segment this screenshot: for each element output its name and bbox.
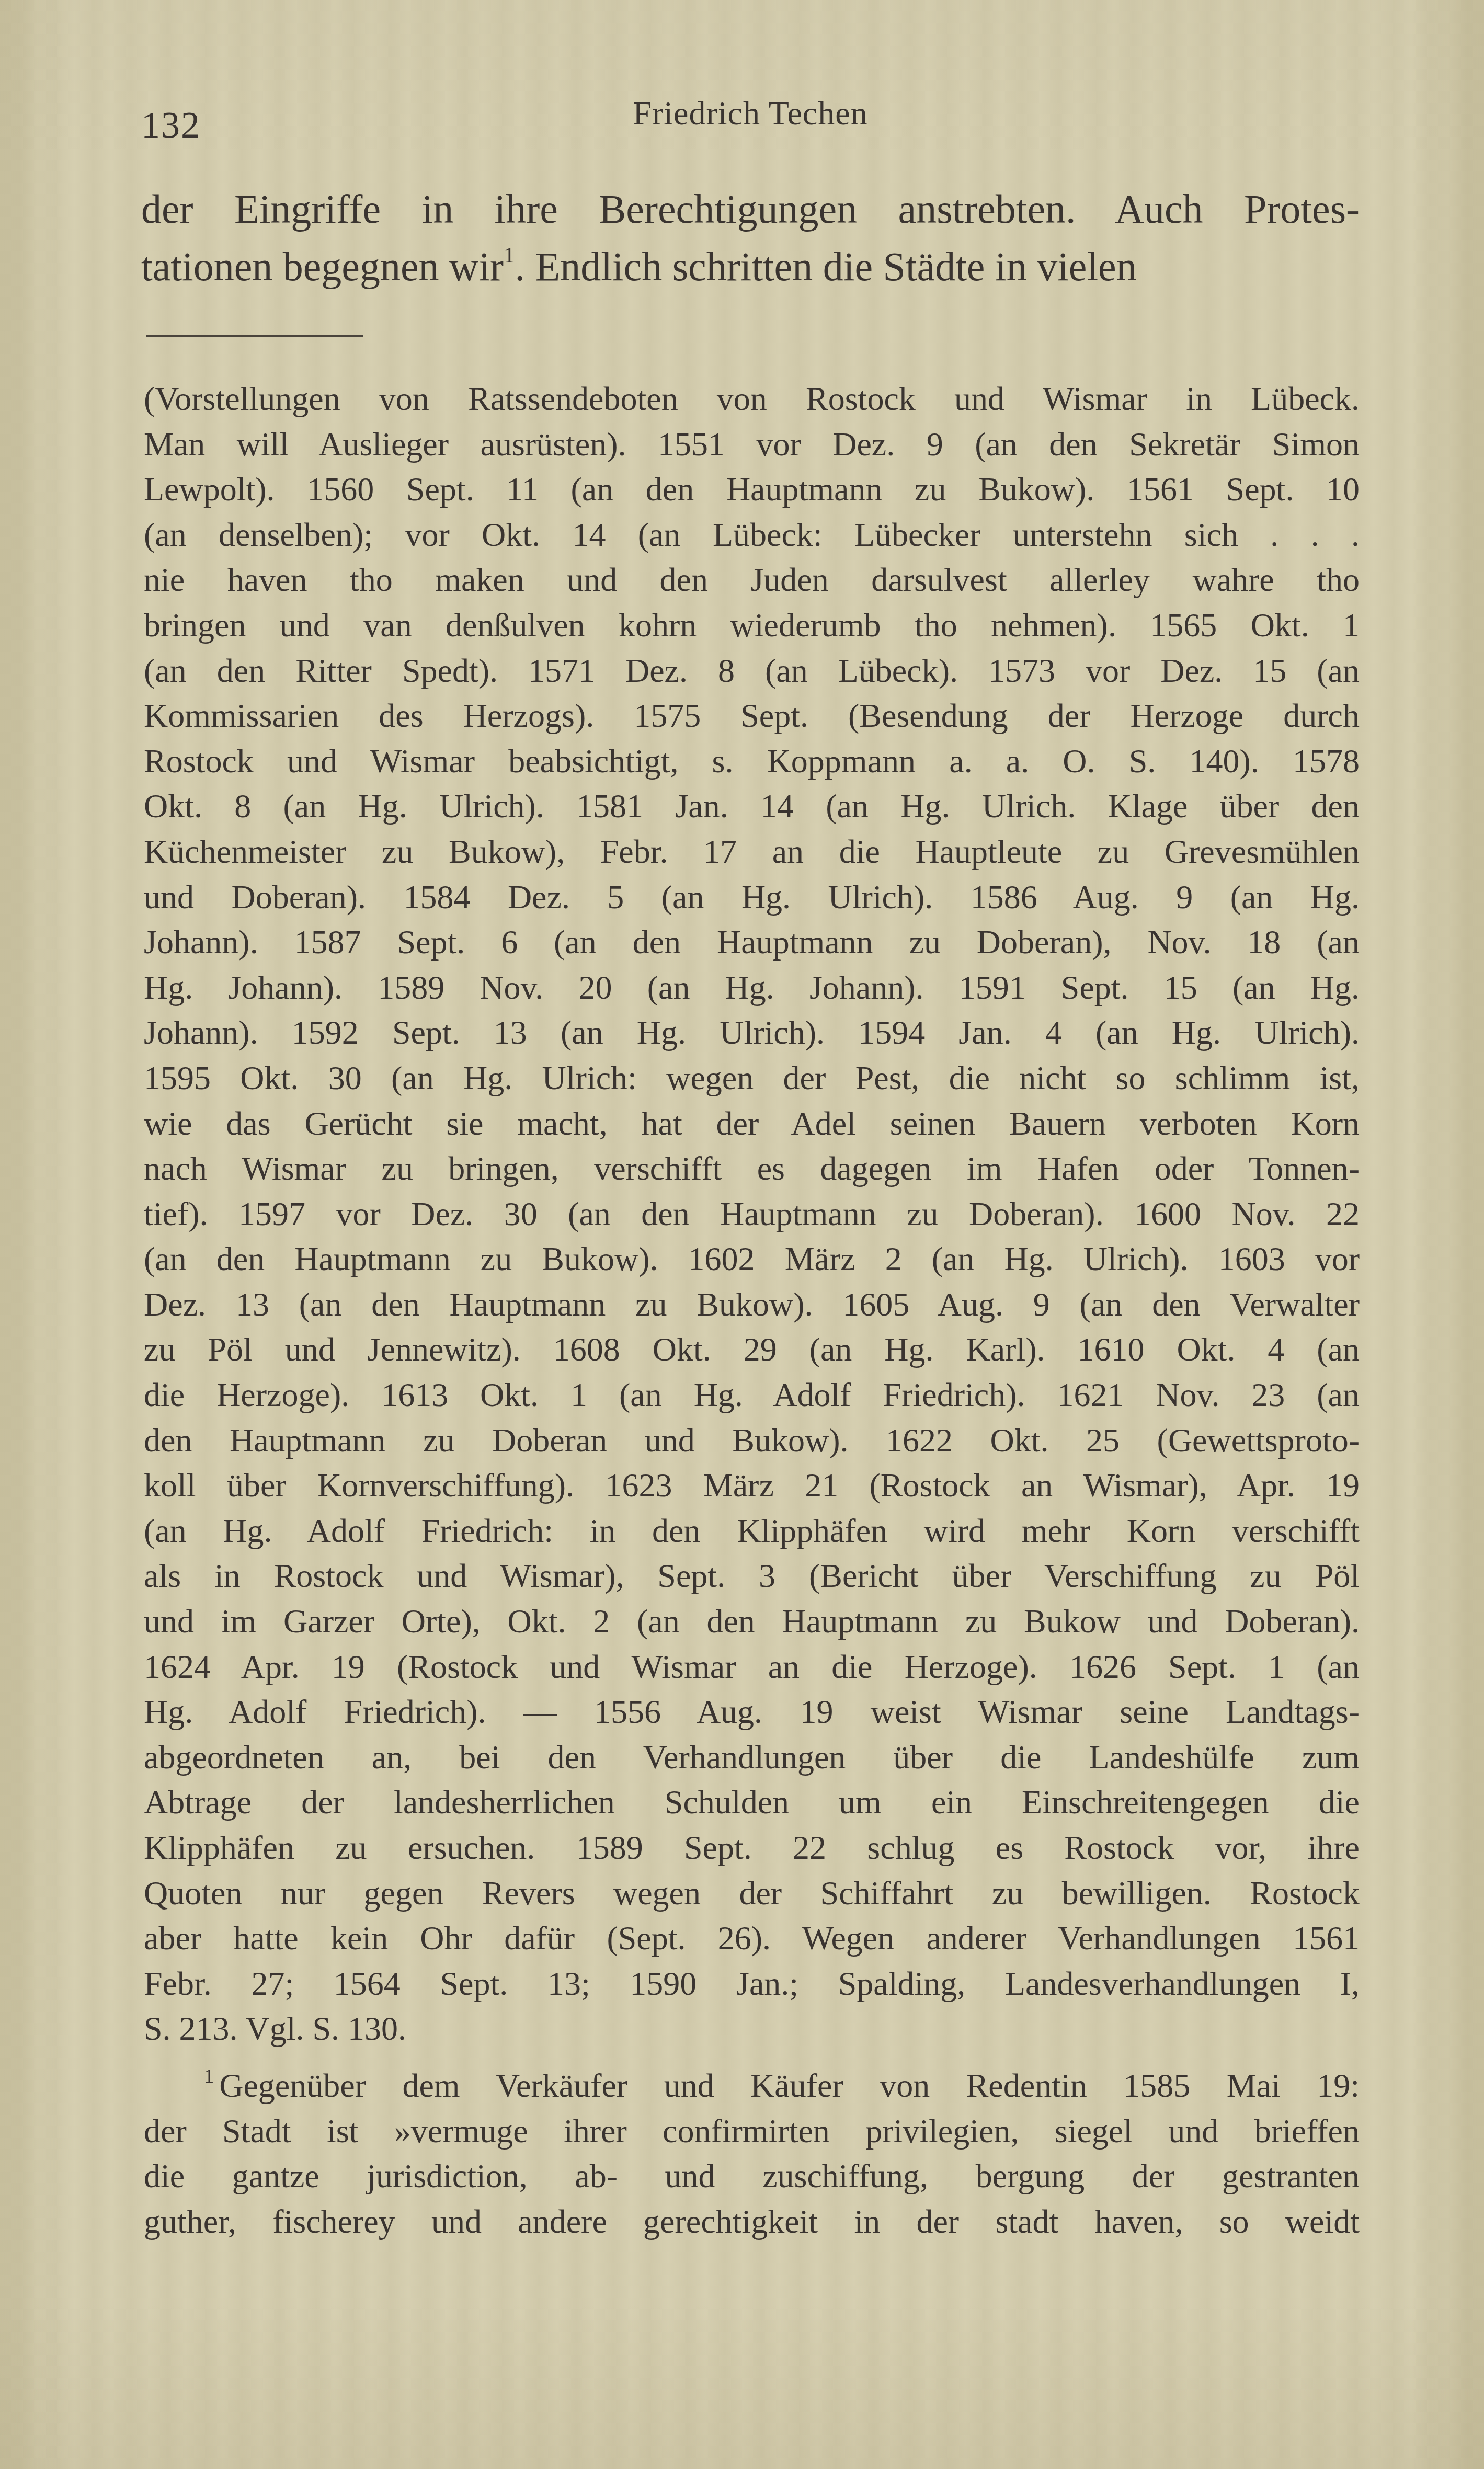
footnote-line: Febr. 27; 1564 Sept. 13; 1590 Jan.; Spal… <box>144 1961 1360 2007</box>
footnote-line: zu Pöl und Jennewitz). 1608 Okt. 29 (an … <box>144 1327 1360 1373</box>
text-fragment: tationen begegnen wir <box>141 244 504 289</box>
footnote-line: Hg. Adolf Friedrich). — 1556 Aug. 19 wei… <box>144 1689 1360 1735</box>
footnote-line: (an den Ritter Spedt). 1571 Dez. 8 (an L… <box>144 648 1360 694</box>
text-fragment: . Endlich schritten die Städte in vielen <box>515 244 1137 289</box>
footnote-line: und Doberan). 1584 Dez. 5 (an Hg. Ulrich… <box>144 875 1360 920</box>
footnote-line: (an den Hauptmann zu Bukow). 1602 März 2… <box>144 1237 1360 1282</box>
running-head: 132 Friedrich Techen <box>141 94 1360 146</box>
footnote-line: 1595 Okt. 30 (an Hg. Ulrich: wegen der P… <box>144 1056 1360 1101</box>
footnote-line: nach Wismar zu bringen, verschifft es da… <box>144 1146 1360 1192</box>
footnote-line: 1624 Apr. 19 (Rostock und Wismar an die … <box>144 1644 1360 1690</box>
footnote-line: Rostock und Wismar beabsichtigt, s. Kopp… <box>144 739 1360 784</box>
footnote-line: Lewpolt). 1560 Sept. 11 (an den Hauptman… <box>144 467 1360 512</box>
footnote-line: Dez. 13 (an den Hauptmann zu Bukow). 160… <box>144 1282 1360 1328</box>
footnote-line: abgeordneten an, bei den Verhandlungen ü… <box>144 1735 1360 1780</box>
footnote-line: und im Garzer Orte), Okt. 2 (an den Haup… <box>144 1599 1360 1644</box>
main-text: der Eingriffe in ihre Berechtigungen ans… <box>141 180 1360 295</box>
footnote-line: (an denselben); vor Okt. 14 (an Lübeck: … <box>144 512 1360 558</box>
footnote-line: koll über Kornverschiffung). 1623 März 2… <box>144 1463 1360 1508</box>
footnote-line: der Stadt ist »vermuge ihrer confirmirte… <box>144 2109 1360 2154</box>
text-line: tationen begegnen wir1. Endlich schritte… <box>141 238 1360 295</box>
footnote-line: Klipphäfen zu ersuchen. 1589 Sept. 22 sc… <box>144 1825 1360 1871</box>
footnote-reference[interactable]: 1 <box>504 243 515 268</box>
text-fragment: Gegenüber dem Verkäufer und Käufer von R… <box>219 2067 1360 2104</box>
book-page: 132 Friedrich Techen der Eingriffe in ih… <box>0 0 1484 2469</box>
footnote-line: Abtrage der landesherrlichen Schulden um… <box>144 1780 1360 1825</box>
footnote-line: Johann). 1592 Sept. 13 (an Hg. Ulrich). … <box>144 1010 1360 1056</box>
footnote-line: die Herzoge). 1613 Okt. 1 (an Hg. Adolf … <box>144 1373 1360 1418</box>
footnote-line: als in Rostock und Wismar), Sept. 3 (Ber… <box>144 1553 1360 1599</box>
footnotes-area: (Vorstellungen von Ratssendeboten von Ro… <box>144 376 1360 2244</box>
footnote-line: guther, fischerey und andere gerechtigke… <box>144 2199 1360 2245</box>
footnote-line: 1Gegenüber dem Verkäufer und Käufer von … <box>144 2063 1360 2109</box>
footnote-line: Quoten nur gegen Revers wegen der Schiff… <box>144 1871 1360 1916</box>
footnote-1: 1Gegenüber dem Verkäufer und Käufer von … <box>144 2063 1360 2244</box>
footnote-line: Okt. 8 (an Hg. Ulrich). 1581 Jan. 14 (an… <box>144 784 1360 829</box>
footnote-separator <box>146 335 363 337</box>
footnote-continuation: (Vorstellungen von Ratssendeboten von Ro… <box>144 376 1360 2052</box>
footnote-line: tief). 1597 vor Dez. 30 (an den Hauptman… <box>144 1192 1360 1237</box>
footnote-line: Man will Auslieger ausrüsten). 1551 vor … <box>144 422 1360 467</box>
footnote-line: die gantze jurisdiction, ab- und zuschif… <box>144 2154 1360 2199</box>
footnote-line: den Hauptmann zu Doberan und Bukow). 162… <box>144 1418 1360 1464</box>
footnote-line: bringen und van denßulven kohrn wiederum… <box>144 603 1360 648</box>
running-title: Friedrich Techen <box>141 94 1360 133</box>
footnote-line: (Vorstellungen von Ratssendeboten von Ro… <box>144 376 1360 422</box>
footnote-line: Kommissarien des Herzogs). 1575 Sept. (B… <box>144 693 1360 739</box>
footnote-line: Johann). 1587 Sept. 6 (an den Hauptmann … <box>144 920 1360 965</box>
footnote-marker: 1 <box>204 2065 214 2087</box>
footnote-line: S. 213. Vgl. S. 130. <box>144 2006 1360 2052</box>
footnote-line: Küchenmeister zu Bukow), Febr. 17 an die… <box>144 829 1360 875</box>
footnote-line: nie haven tho maken und den Juden darsul… <box>144 557 1360 603</box>
text-line: der Eingriffe in ihre Berechtigungen ans… <box>141 180 1360 238</box>
footnote-line: wie das Gerücht sie macht, hat der Adel … <box>144 1101 1360 1147</box>
footnote-line: (an Hg. Adolf Friedrich: in den Klipphäf… <box>144 1508 1360 1554</box>
footnote-line: Hg. Johann). 1589 Nov. 20 (an Hg. Johann… <box>144 965 1360 1011</box>
footnote-line: aber hatte kein Ohr dafür (Sept. 26). We… <box>144 1916 1360 1961</box>
